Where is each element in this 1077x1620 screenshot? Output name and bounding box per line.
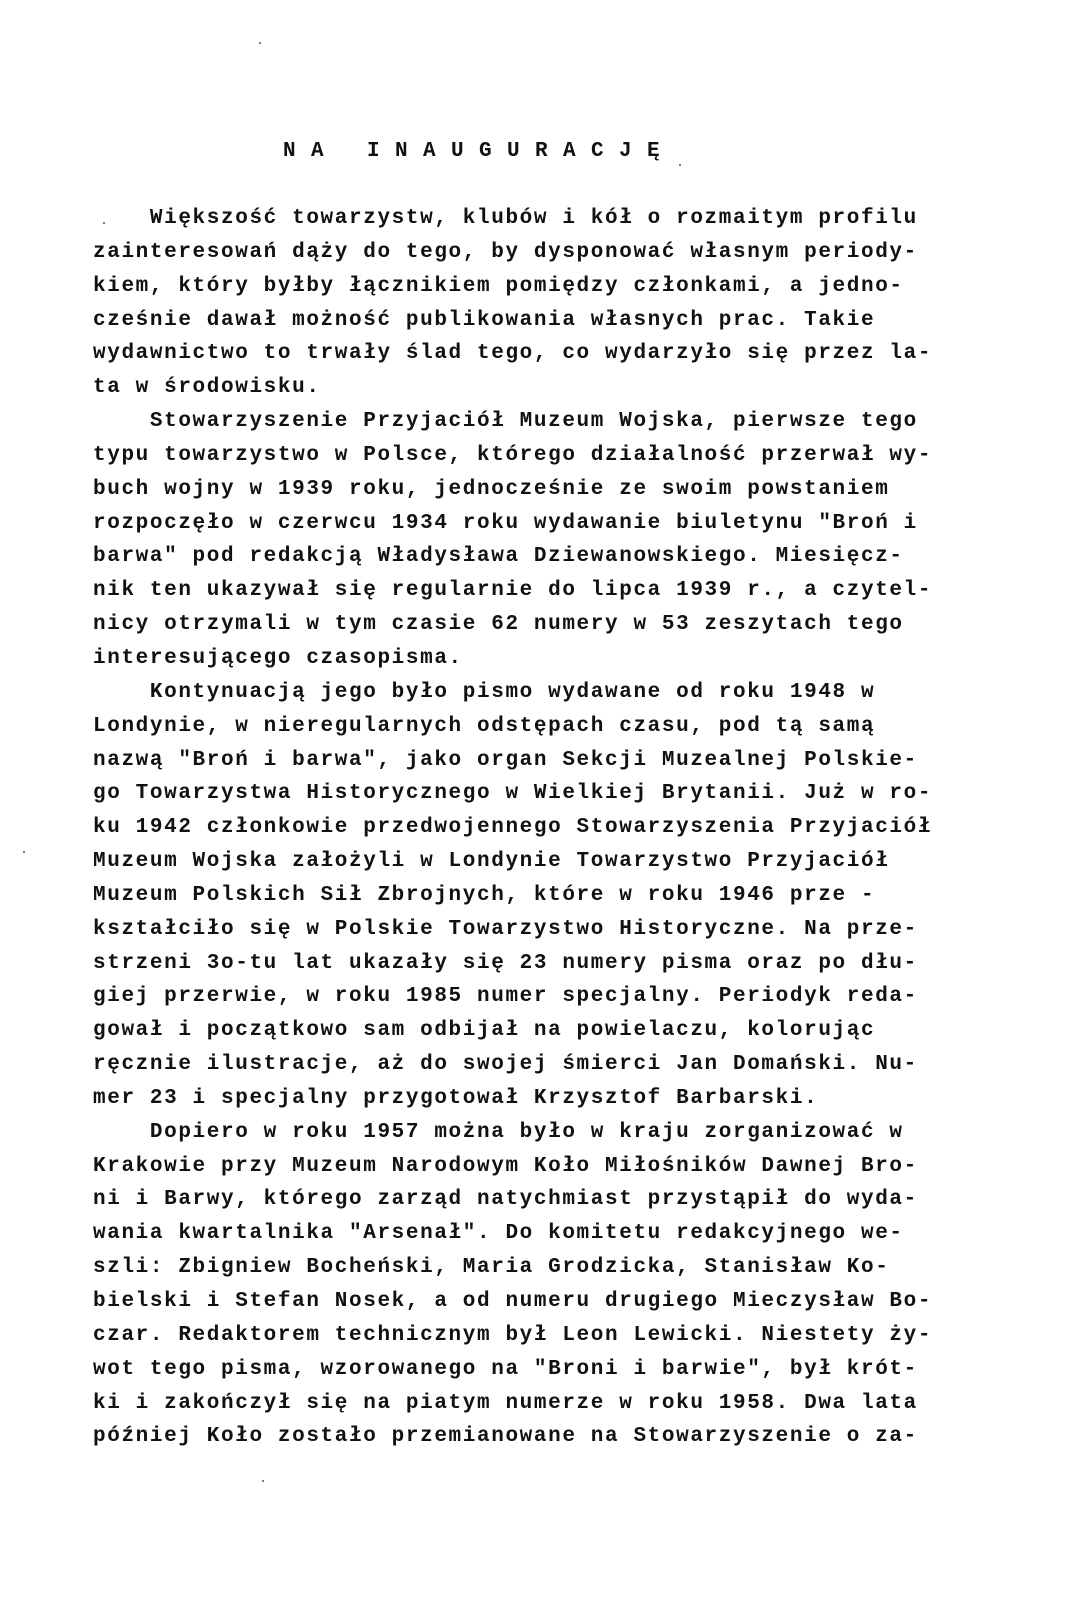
text-line: wania kwartalnika "Arsenał". Do komitetu… [93,1217,933,1251]
text-line: gował i początkowo sam odbijał na powiel… [93,1014,933,1048]
text-line: ki i zakończył się na piatym numerze w r… [93,1387,933,1421]
text-line: mer 23 i specjalny przygotował Krzysztof… [93,1082,933,1116]
text-line: szli: Zbigniew Bocheński, Maria Grodzick… [93,1251,933,1285]
text-line: wot tego pisma, wzorowanego na "Broni i … [93,1353,933,1387]
text-line: nazwą "Broń i barwa", jako organ Sekcji … [93,744,933,778]
text-line: Kontynuacją jego było pismo wydawane od … [93,676,933,710]
text-line: Londynie, w nieregularnych odstępach cza… [93,710,933,744]
document-title: NA INAUGURACJĘ [283,140,675,163]
text-line: ni i Barwy, którego zarząd natychmiast p… [93,1183,933,1217]
text-line: kształciło się w Polskie Towarzystwo His… [93,913,933,947]
text-line: buch wojny w 1939 roku, jednocześnie ze … [93,473,933,507]
text-line: później Koło zostało przemianowane na St… [93,1420,933,1454]
scan-speck [103,222,105,224]
text-line: strzeni 3o-tu lat ukazały się 23 numery … [93,947,933,981]
text-line: interesującego czasopisma. [93,642,933,676]
document-body: Większość towarzystw, klubów i kół o roz… [93,202,933,1454]
text-line: Krakowie przy Muzeum Narodowym Koło Miło… [93,1150,933,1184]
text-line: ku 1942 członkowie przedwojennego Stowar… [93,811,933,845]
text-line: barwa" pod redakcją Władysława Dziewanow… [93,540,933,574]
text-line: cześnie dawał możność publikowania własn… [93,304,933,338]
text-line: bielski i Stefan Nosek, a od numeru drug… [93,1285,933,1319]
text-line: kiem, który byłby łącznikiem pomiędzy cz… [93,270,933,304]
text-line: Muzeum Wojska założyli w Londynie Towarz… [93,845,933,879]
text-line: nik ten ukazywał się regularnie do lipca… [93,574,933,608]
scan-speck [23,851,25,853]
document-page: NA INAUGURACJĘ Większość towarzystw, klu… [0,0,1077,1620]
text-line: Większość towarzystw, klubów i kół o roz… [93,202,933,236]
text-line: nicy otrzymali w tym czasie 62 numery w … [93,608,933,642]
text-line: zainteresowań dąży do tego, by dysponowa… [93,236,933,270]
text-line: wydawnictwo to trwały ślad tego, co wyda… [93,337,933,371]
text-line: ręcznie ilustracje, aż do swojej śmierci… [93,1048,933,1082]
text-line: giej przerwie, w roku 1985 numer specjal… [93,980,933,1014]
text-line: Stowarzyszenie Przyjaciół Muzeum Wojska,… [93,405,933,439]
text-line: go Towarzystwa Historycznego w Wielkiej … [93,777,933,811]
text-line: Muzeum Polskich Sił Zbrojnych, które w r… [93,879,933,913]
text-line: czar. Redaktorem technicznym był Leon Le… [93,1319,933,1353]
text-line: Dopiero w roku 1957 można było w kraju z… [93,1116,933,1150]
text-line: ta w środowisku. [93,371,933,405]
scan-speck [262,1480,264,1482]
text-line: typu towarzystwo w Polsce, którego dział… [93,439,933,473]
scan-speck [259,42,261,44]
text-line: rozpoczęło w czerwcu 1934 roku wydawanie… [93,507,933,541]
scan-speck [679,164,681,166]
